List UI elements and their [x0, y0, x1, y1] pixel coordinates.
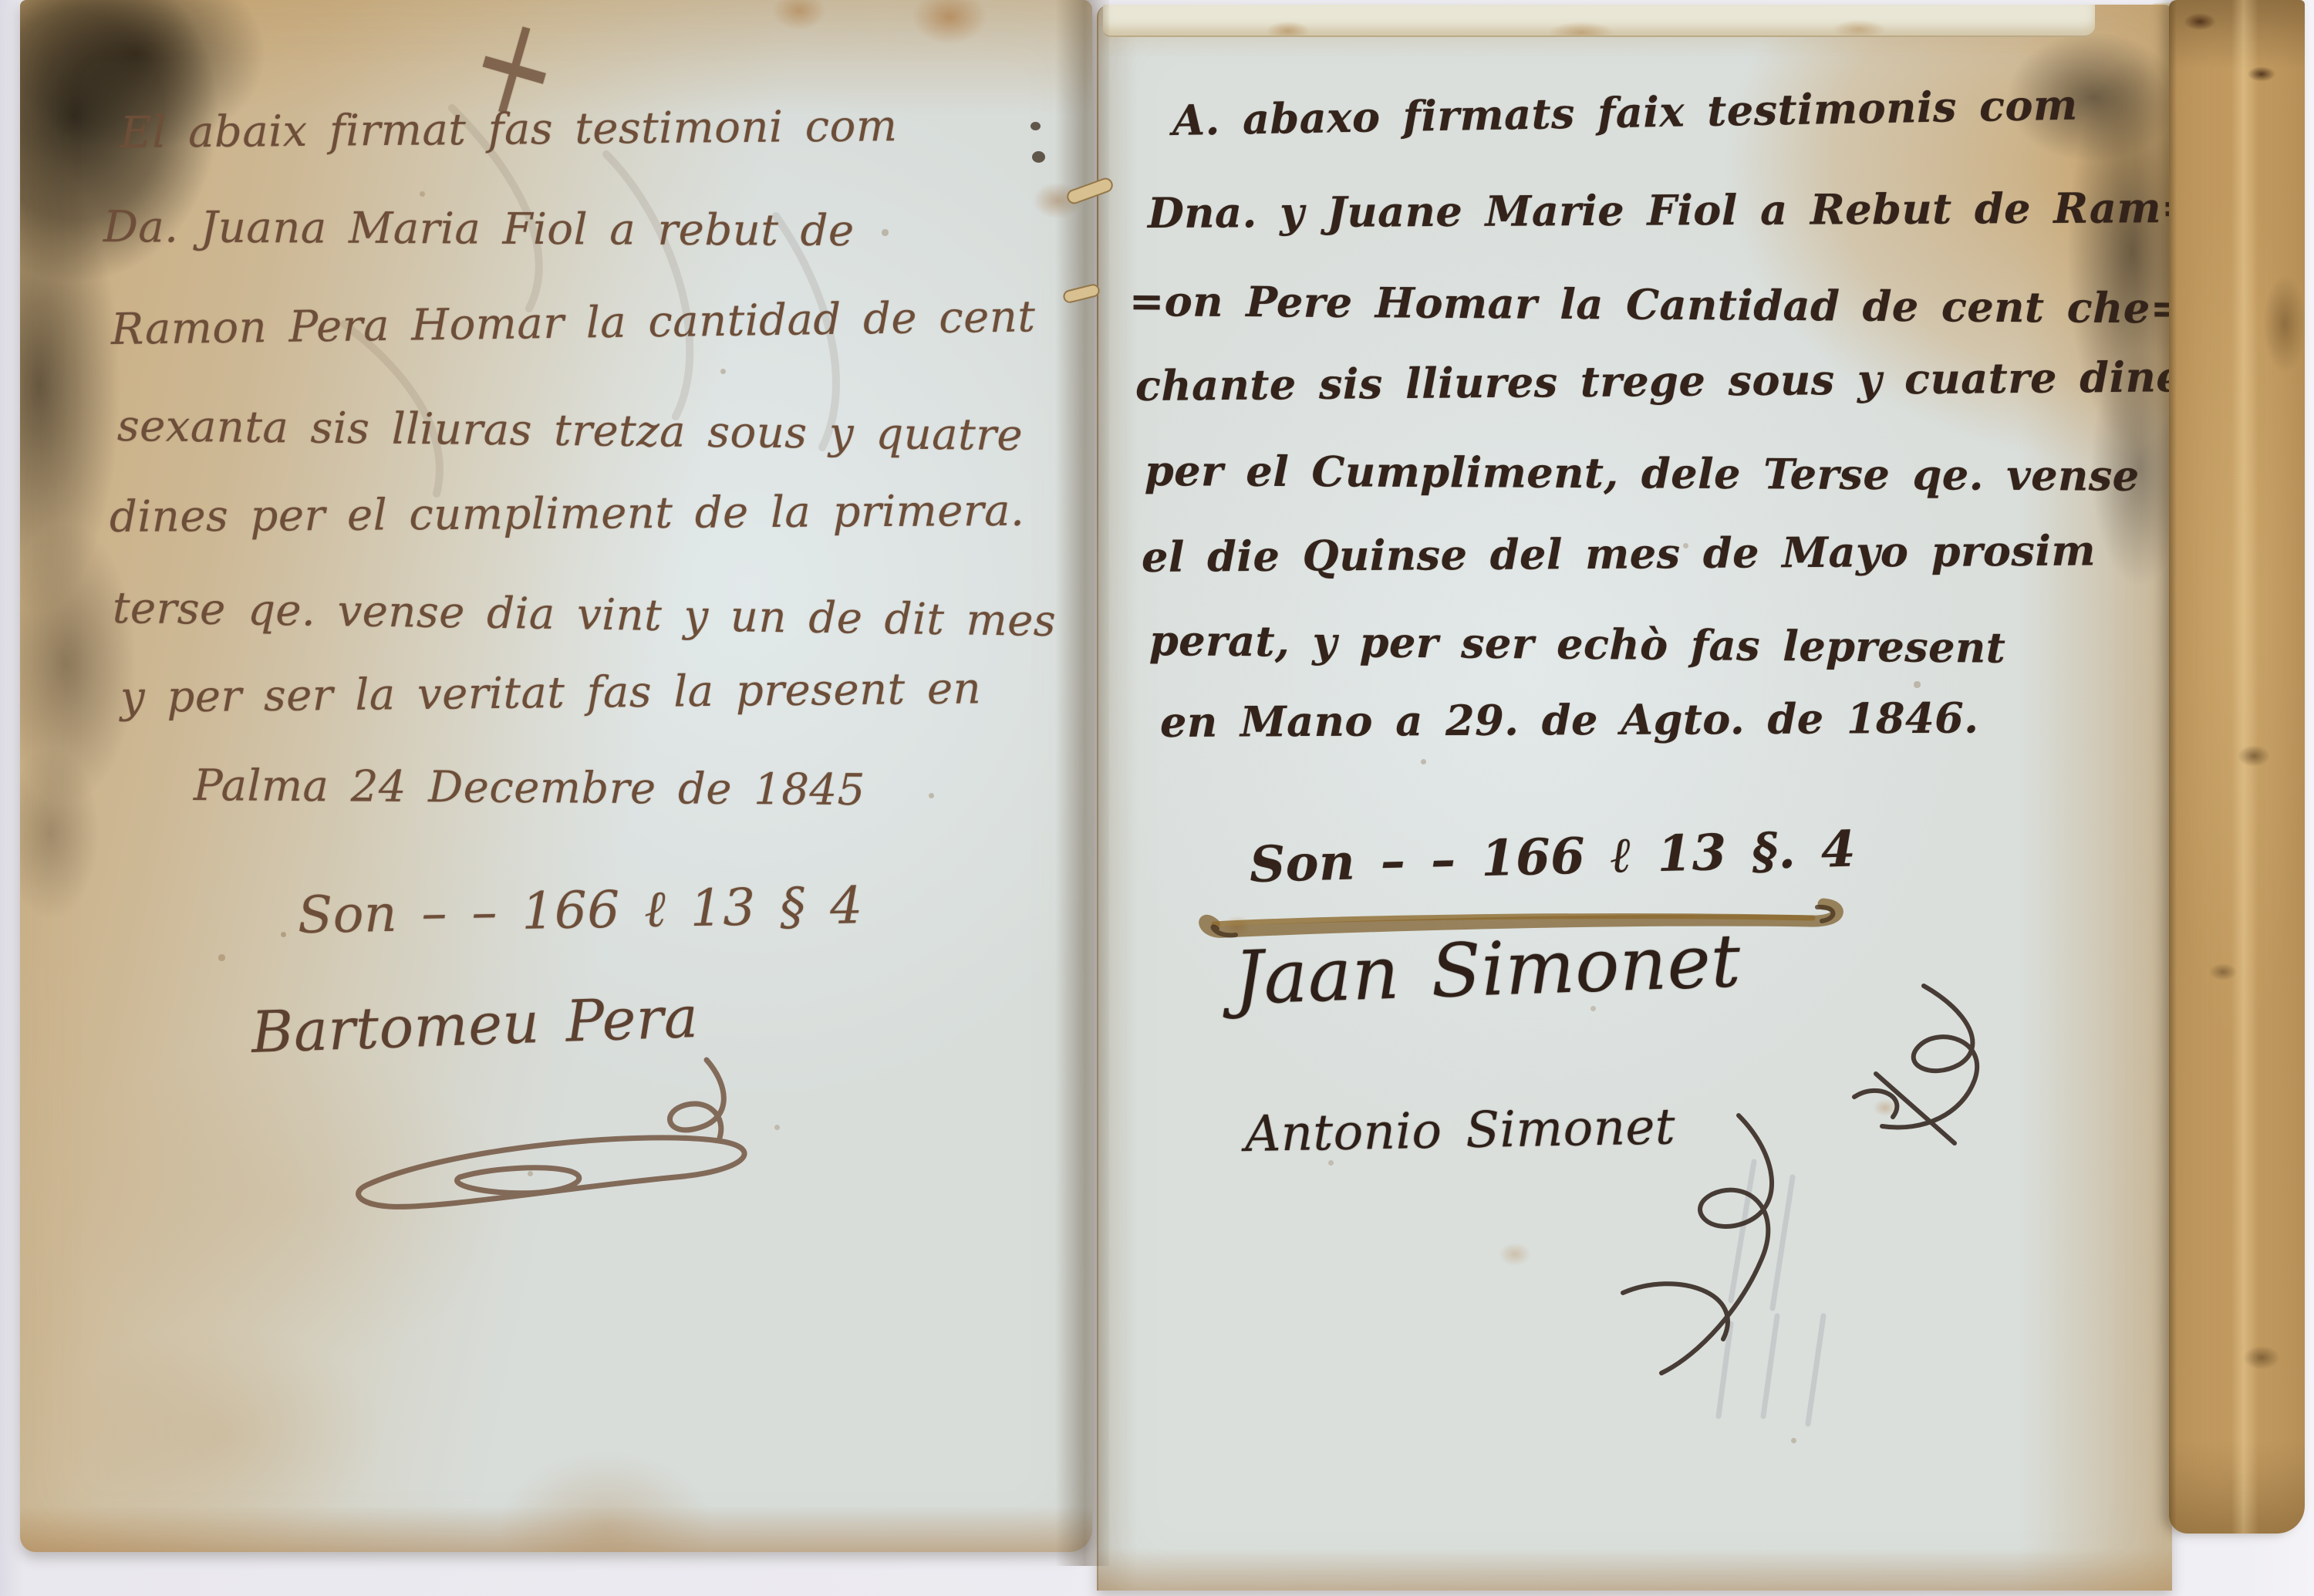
right-line-6: el die Quinse del mes de Mayo prosim [1142, 525, 2096, 582]
book-gutter [1055, 0, 1109, 1566]
gutter-ink-dot-1 [1031, 122, 1041, 130]
manuscript-scan: + El abaix firmat fas testimoni com Da. … [0, 0, 2314, 1596]
left-signature-flourish [344, 1055, 776, 1225]
right-line-8: en Mano a 29. de Agto. de 1846. [1160, 693, 1979, 747]
left-line-2: Da. Juana Maria Fiol a rebut de [103, 202, 855, 256]
fox-specks-left [20, 0, 22, 2]
right-sum-line: Son – – 166 ℓ 13 §. 4 [1249, 820, 1857, 894]
left-signature: Bartomeu Pera [250, 984, 699, 1066]
left-sum-line: Son – – 166 ℓ 13 § 4 [297, 876, 863, 946]
right-signature-1-flourish [1808, 981, 2009, 1159]
left-line-1: El abaix firmat fas testimoni com [120, 101, 898, 158]
right-page-top-fold-edge [1103, 5, 2095, 37]
right-signature-1: Jaan Simonet [1233, 919, 1742, 1021]
gutter-ink-dot-2 [1032, 151, 1045, 163]
left-page: + El abaix firmat fas testimoni com Da. … [20, 0, 1092, 1552]
left-line-8: Palma 24 Decembre de 1845 [194, 761, 865, 815]
left-line-7: y per ser la veritat fas la present en [120, 663, 982, 723]
left-line-5: dines per el cumpliment de la primera. [110, 486, 1025, 542]
right-signature-2-flourish [1577, 1108, 1823, 1393]
right-line-5: per el Cumpliment, dele Terse qe. vense [1145, 446, 2140, 501]
right-page: A. abaxo firmats faix testimonis com Dna… [1097, 5, 2172, 1591]
right-line-4: chante sis lliures trege sous y cuatre d… [1135, 352, 2208, 410]
right-line-2: Dna. y Juane Marie Fiol a Rebut de Ram= [1148, 183, 2197, 238]
left-line-4: sexanta sis lliuras tretza sous y quatre [117, 401, 1024, 461]
right-line-3: =on Pere Homar la Cantidad de cent che= [1129, 276, 2186, 333]
vellum-cover-edge [2169, 0, 2305, 1534]
right-line-1: A. abaxo firmats faix testimonis com [1172, 80, 2078, 145]
right-line-7: perat, y per ser echò fas lepresent [1149, 616, 2006, 673]
